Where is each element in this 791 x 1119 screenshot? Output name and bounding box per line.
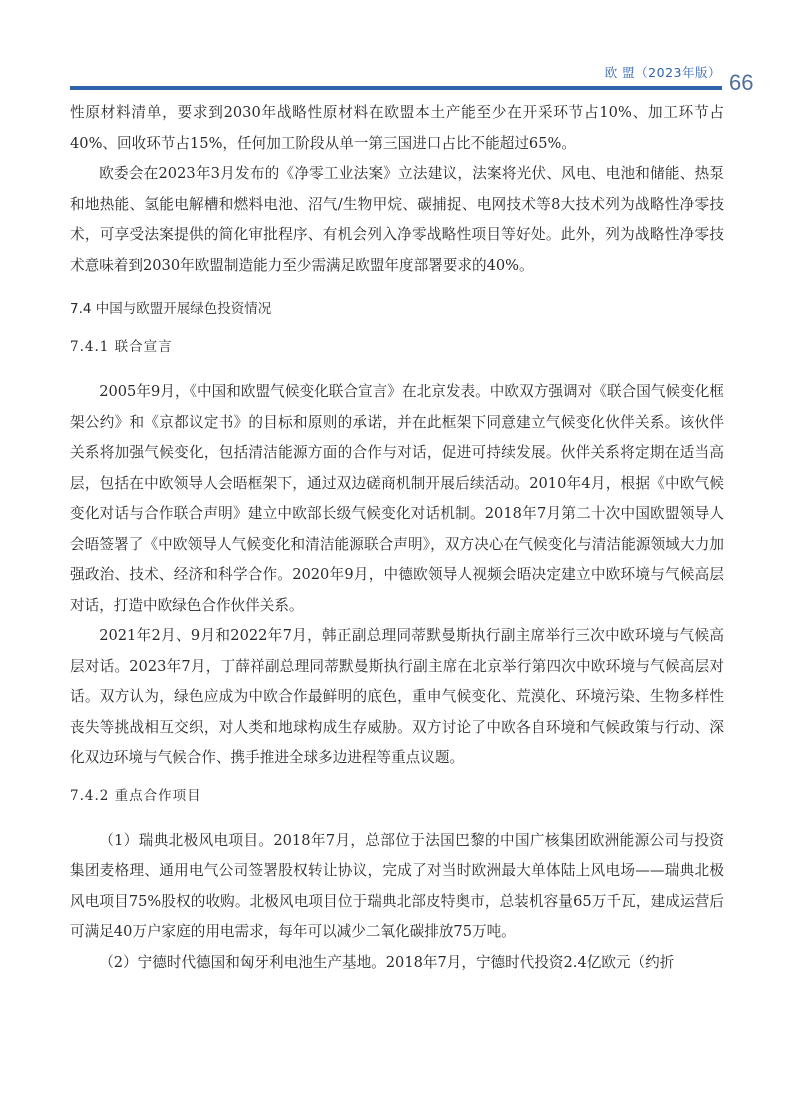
header-rule — [70, 86, 722, 90]
section-heading-7-4: 7.4 中国与欧盟开展绿色投资情况 — [70, 293, 724, 325]
paragraph-2005-declaration: 2005年9月，《中国和欧盟气候变化联合宣言》在北京发表。中欧双方强调对《联合国… — [70, 377, 724, 621]
running-header-title: 欧 盟（2023年版） — [605, 63, 721, 81]
paragraph-continued: 性原材料清单，要求到2030年战略性原材料在欧盟本土产能至少在开采环节占10%、… — [70, 98, 724, 159]
paragraph-project-2: （2）宁德时代德国和匈牙利电池生产基地。2018年7月，宁德时代投资2.4亿欧元… — [70, 948, 724, 979]
section-heading-7-4-2: 7.4.2 重点合作项目 — [70, 780, 724, 812]
page-body: 性原材料清单，要求到2030年战略性原材料在欧盟本土产能至少在开采环节占10%、… — [70, 98, 724, 978]
section-heading-7-4-1: 7.4.1 联合宣言 — [70, 331, 724, 363]
paragraph-2021-dialogue: 2021年2月、9月和2022年7月，韩正副总理同蒂默曼斯执行副主席举行三次中欧… — [70, 621, 724, 774]
paragraph-net-zero-act: 欧委会在2023年3月发布的《净零工业法案》立法建议，法案将光伏、风电、电池和储… — [70, 159, 724, 281]
page-number: 66 — [729, 70, 753, 96]
paragraph-project-1: （1）瑞典北极风电项目。2018年7月，总部位于法国巴黎的中国广核集团欧洲能源公… — [70, 826, 724, 948]
spacer — [70, 812, 724, 826]
spacer — [70, 363, 724, 377]
